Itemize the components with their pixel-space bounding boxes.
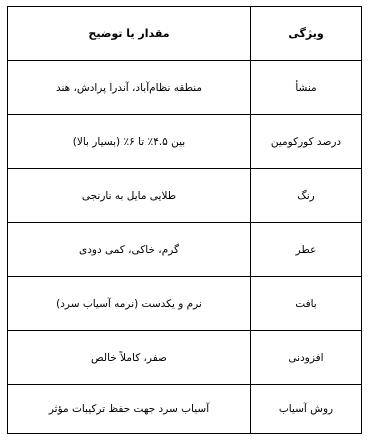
cell-value: نرم و یکدست (نرمه آسیاب سرد) — [8, 277, 251, 331]
table-row: افزودنی صفر، کاملاً خالص — [8, 331, 362, 385]
cell-property: افزودنی — [251, 331, 362, 385]
cell-property: درصد کورکومین — [251, 115, 362, 169]
properties-table: ویژگی مقدار یا توضیح منشأ منطقه نظام‌آبا… — [7, 6, 362, 434]
cell-value: گرم، خاکی، کمی دودی — [8, 223, 251, 277]
table-row: عطر گرم، خاکی، کمی دودی — [8, 223, 362, 277]
header-value: مقدار یا توضیح — [8, 7, 251, 61]
table-header-row: ویژگی مقدار یا توضیح — [8, 7, 362, 61]
table-row: درصد کورکومین بین ۴.۵٪ تا ۶٪ (بسیار بالا… — [8, 115, 362, 169]
properties-table-container: ویژگی مقدار یا توضیح منشأ منطقه نظام‌آبا… — [7, 6, 362, 434]
cell-value: صفر، کاملاً خالص — [8, 331, 251, 385]
cell-value: منطقه نظام‌آباد، آندرا پرادش، هند — [8, 61, 251, 115]
cell-property: بافت — [251, 277, 362, 331]
table-row: منشأ منطقه نظام‌آباد، آندرا پرادش، هند — [8, 61, 362, 115]
cell-value: طلایی مایل به نارنجی — [8, 169, 251, 223]
cell-value: بین ۴.۵٪ تا ۶٪ (بسیار بالا) — [8, 115, 251, 169]
cell-property: رنگ — [251, 169, 362, 223]
table-row: بافت نرم و یکدست (نرمه آسیاب سرد) — [8, 277, 362, 331]
cell-value: آسیاب سرد جهت حفظ ترکیبات مؤثر — [8, 385, 251, 434]
cell-property: روش آسیاب — [251, 385, 362, 434]
header-property: ویژگی — [251, 7, 362, 61]
table-row: روش آسیاب آسیاب سرد جهت حفظ ترکیبات مؤثر — [8, 385, 362, 434]
table-row: رنگ طلایی مایل به نارنجی — [8, 169, 362, 223]
cell-property: عطر — [251, 223, 362, 277]
cell-property: منشأ — [251, 61, 362, 115]
